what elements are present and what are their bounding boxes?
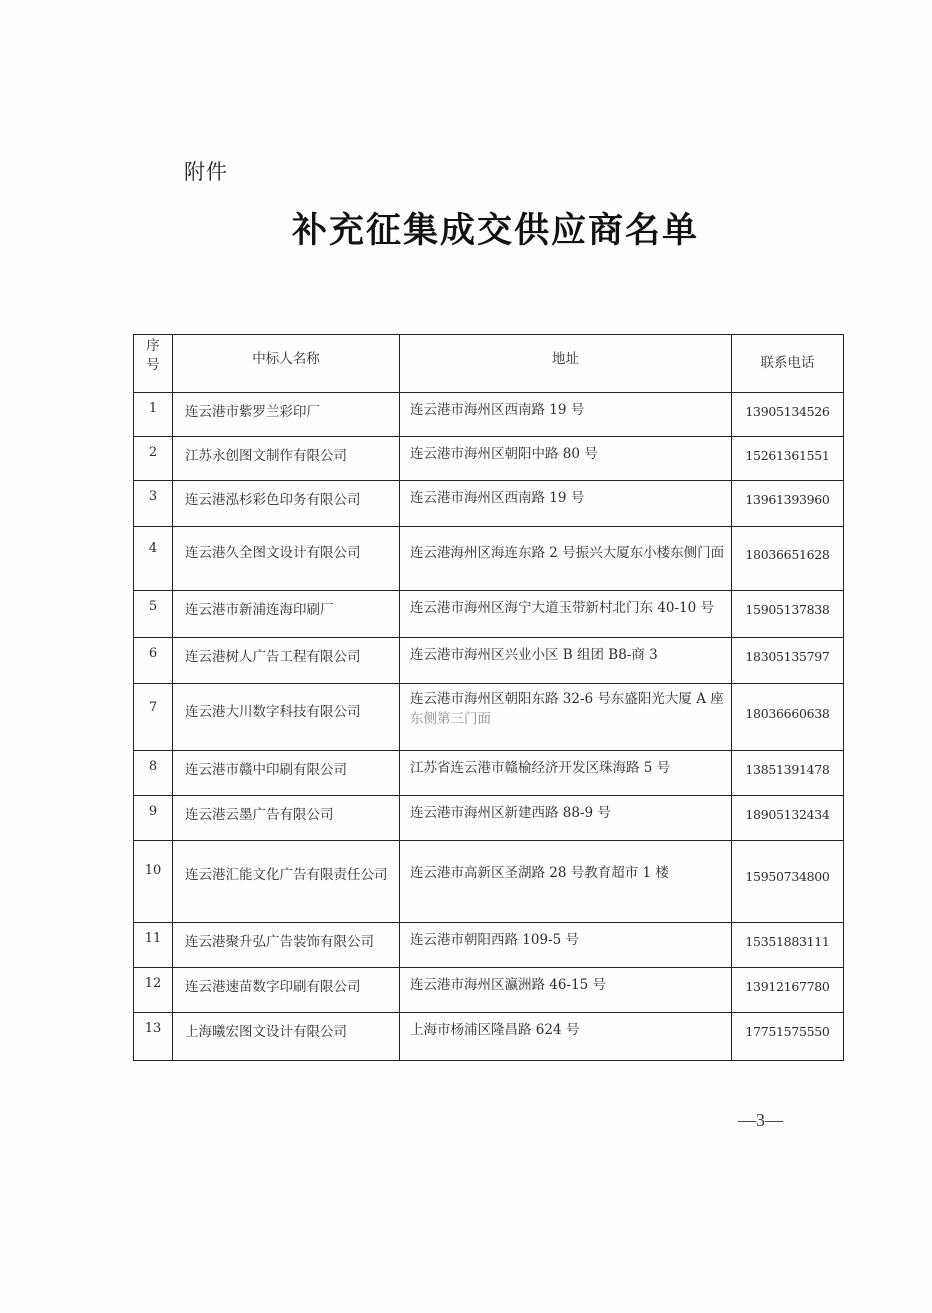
cell-name: 江苏永创图文制作有限公司: [173, 437, 400, 481]
cell-address: 连云港市海州区新建西路 88-9 号: [400, 796, 732, 841]
cell-phone: 15261361551: [732, 437, 844, 481]
supplier-table: 序 号 中标人名称 地址 联系电话 1 连云港市紫罗兰彩印厂 连云港市海州区西南…: [133, 334, 844, 1061]
cell-phone: 13851391478: [732, 751, 844, 796]
cell-seq: 1: [134, 393, 173, 437]
cell-name: 连云港大川数字科技有限公司: [173, 684, 400, 751]
cell-seq: 13: [134, 1013, 173, 1061]
cell-name: 连云港久全图文设计有限公司: [173, 527, 400, 591]
cell-seq: 10: [134, 841, 173, 923]
table-row: 13 上海曦宏图文设计有限公司 上海市杨浦区隆昌路 624 号 17751575…: [134, 1013, 844, 1061]
document-page: 附件 补充征集成交供应商名单 序 号 中标人名称 地址 联系电话 1 连云港市紫…: [0, 0, 932, 1313]
cell-seq: 12: [134, 968, 173, 1013]
table-row: 3 连云港泓杉彩色印务有限公司 连云港市海州区西南路 19 号 13961393…: [134, 481, 844, 527]
cell-address: 上海市杨浦区隆昌路 624 号: [400, 1013, 732, 1061]
cell-address: 连云港市海州区西南路 19 号: [400, 481, 732, 527]
header-name: 中标人名称: [173, 335, 400, 393]
header-seq: 序 号: [134, 335, 173, 393]
attachment-label: 附件: [184, 156, 228, 186]
cell-name: 连云港聚升弘广告装饰有限公司: [173, 923, 400, 968]
cell-seq: 3: [134, 481, 173, 527]
cell-seq: 2: [134, 437, 173, 481]
cell-name: 连云港市新浦连海印刷厂: [173, 591, 400, 638]
cell-address: 连云港市海州区朝阳中路 80 号: [400, 437, 732, 481]
cell-phone: 15950734800: [732, 841, 844, 923]
header-phone: 联系电话: [732, 335, 844, 393]
cell-address-line1: 连云港市海州区朝阳东路 32-6 号东盛阳光大厦 A 座: [410, 689, 731, 709]
cell-seq: 5: [134, 591, 173, 638]
header-address: 地址: [400, 335, 732, 393]
cell-address: 连云港市朝阳西路 109-5 号: [400, 923, 732, 968]
table-header-row: 序 号 中标人名称 地址 联系电话: [134, 335, 844, 393]
cell-phone: 13912167780: [732, 968, 844, 1013]
cell-address: 连云港海州区海连东路 2 号振兴大厦东小楼东侧门面: [400, 527, 732, 591]
cell-seq: 6: [134, 638, 173, 684]
cell-address: 江苏省连云港市赣榆经济开发区珠海路 5 号: [400, 751, 732, 796]
table-row: 6 连云港树人广告工程有限公司 连云港市海州区兴业小区 B 组团 B8-商 3 …: [134, 638, 844, 684]
cell-phone: 15351883111: [732, 923, 844, 968]
cell-phone: 17751575550: [732, 1013, 844, 1061]
cell-phone: 15905137838: [732, 591, 844, 638]
table-row: 8 连云港市赣中印刷有限公司 江苏省连云港市赣榆经济开发区珠海路 5 号 138…: [134, 751, 844, 796]
cell-address: 连云港市海州区瀛洲路 46-15 号: [400, 968, 732, 1013]
cell-address: 连云港市海州区朝阳东路 32-6 号东盛阳光大厦 A 座 东侧第三门面: [400, 684, 732, 751]
cell-phone: 18036660638: [732, 684, 844, 751]
page-title: 补充征集成交供应商名单: [292, 203, 699, 253]
cell-name: 连云港汇能文化广告有限责任公司: [173, 841, 400, 923]
header-seq-line2: 号: [134, 356, 172, 375]
cell-seq: 7: [134, 684, 173, 751]
table-row: 10 连云港汇能文化广告有限责任公司 连云港市高新区圣湖路 28 号教育超市 1…: [134, 841, 844, 923]
table-row: 7 连云港大川数字科技有限公司 连云港市海州区朝阳东路 32-6 号东盛阳光大厦…: [134, 684, 844, 751]
cell-address: 连云港市高新区圣湖路 28 号教育超市 1 楼: [400, 841, 732, 923]
cell-name: 连云港市紫罗兰彩印厂: [173, 393, 400, 437]
cell-name: 连云港云墨广告有限公司: [173, 796, 400, 841]
cell-name: 连云港泓杉彩色印务有限公司: [173, 481, 400, 527]
cell-phone: 13961393960: [732, 481, 844, 527]
cell-name: 上海曦宏图文设计有限公司: [173, 1013, 400, 1061]
table-row: 11 连云港聚升弘广告装饰有限公司 连云港市朝阳西路 109-5 号 15351…: [134, 923, 844, 968]
table-row: 2 江苏永创图文制作有限公司 连云港市海州区朝阳中路 80 号 15261361…: [134, 437, 844, 481]
table-row: 4 连云港久全图文设计有限公司 连云港海州区海连东路 2 号振兴大厦东小楼东侧门…: [134, 527, 844, 591]
header-seq-line1: 序: [134, 337, 172, 356]
cell-address: 连云港市海州区海宁大道玉带新村北门东 40-10 号: [400, 591, 732, 638]
cell-seq: 8: [134, 751, 173, 796]
cell-phone: 18305135797: [732, 638, 844, 684]
cell-address: 连云港市海州区西南路 19 号: [400, 393, 732, 437]
cell-seq: 4: [134, 527, 173, 591]
cell-address: 连云港市海州区兴业小区 B 组团 B8-商 3: [400, 638, 732, 684]
cell-seq: 9: [134, 796, 173, 841]
cell-name: 连云港市赣中印刷有限公司: [173, 751, 400, 796]
table-row: 9 连云港云墨广告有限公司 连云港市海州区新建西路 88-9 号 1890513…: [134, 796, 844, 841]
cell-phone: 18036651628: [732, 527, 844, 591]
cell-phone: 13905134526: [732, 393, 844, 437]
cell-name: 连云港速苗数字印刷有限公司: [173, 968, 400, 1013]
page-number: —3—: [738, 1110, 783, 1131]
cell-phone: 18905132434: [732, 796, 844, 841]
table-row: 5 连云港市新浦连海印刷厂 连云港市海州区海宁大道玉带新村北门东 40-10 号…: [134, 591, 844, 638]
cell-name: 连云港树人广告工程有限公司: [173, 638, 400, 684]
table-row: 1 连云港市紫罗兰彩印厂 连云港市海州区西南路 19 号 13905134526: [134, 393, 844, 437]
cell-seq: 11: [134, 923, 173, 968]
cell-address-line2: 东侧第三门面: [410, 709, 731, 729]
table-row: 12 连云港速苗数字印刷有限公司 连云港市海州区瀛洲路 46-15 号 1391…: [134, 968, 844, 1013]
